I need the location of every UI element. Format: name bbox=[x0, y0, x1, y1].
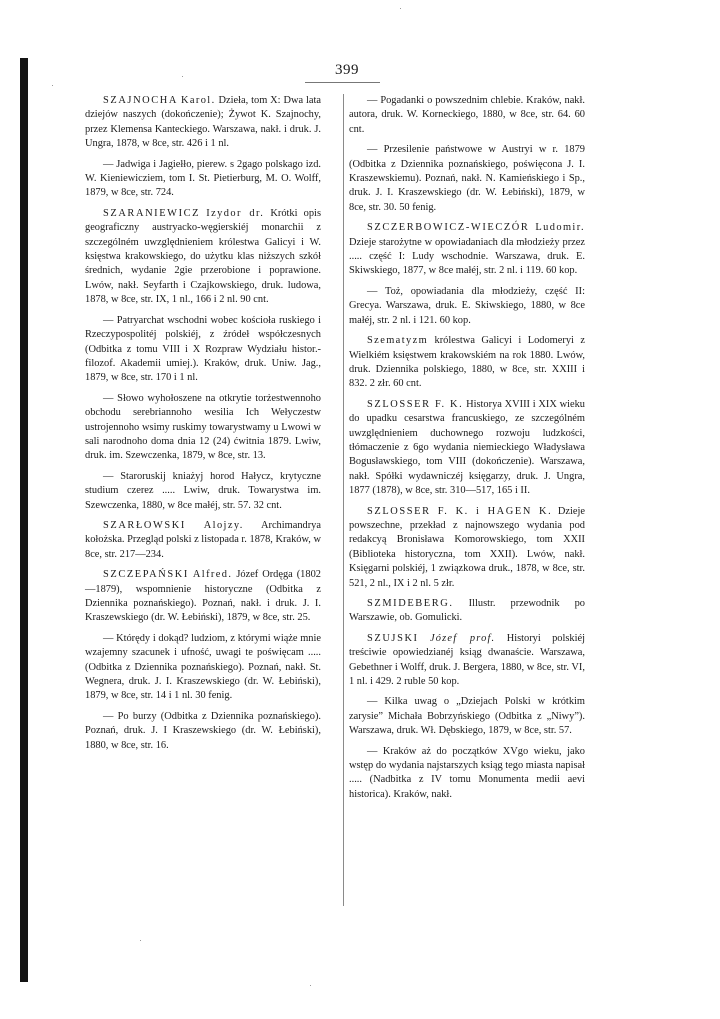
bibliography-entry: SZLOSSER F. K. Historya XVIII i XIX wiek… bbox=[349, 398, 585, 499]
bibliography-entry: SZLOSSER F. K. i HAGEN K. Dzieje powszec… bbox=[349, 505, 585, 591]
entry-author: SZUJSKI bbox=[367, 633, 419, 644]
entry-text: Krótki opis geograficzny austryacko-węgi… bbox=[85, 208, 321, 305]
entry-author: SZARANIEWICZ bbox=[103, 208, 200, 219]
bibliography-entry: — Patryarchat wschodni wobec kościoła ru… bbox=[85, 314, 321, 386]
left-column: SZAJNOCHA Karol. Dzieła, tom X: Dwa lata… bbox=[85, 94, 321, 759]
entry-given-name: Alojzy. bbox=[204, 520, 244, 531]
entry-given-name: Alfred. bbox=[193, 569, 233, 580]
header-rule bbox=[305, 82, 380, 83]
bibliography-entry: — Słowo wyhołoszene na otkrytie torżestw… bbox=[85, 392, 321, 464]
binding-edge bbox=[20, 58, 28, 982]
entry-text: — Toż, opowiadania dla młodzieży, część … bbox=[349, 286, 585, 326]
bibliography-entry: SZARŁOWSKI Alojzy. Archimandrya kołożska… bbox=[85, 519, 321, 562]
bibliography-entry: — Toż, opowiadania dla młodzieży, część … bbox=[349, 285, 585, 328]
entry-text: — Przesilenie państwowe w Austryi w r. 1… bbox=[349, 144, 585, 213]
entry-author: SZARŁOWSKI bbox=[103, 520, 186, 531]
entry-given-name: Józef prof. bbox=[430, 633, 495, 644]
entry-text: — Po burzy (Odbitka z Dziennika poznańsk… bbox=[85, 711, 321, 751]
entry-text: — Pogadanki o powszednim chlebie. Kraków… bbox=[349, 95, 585, 135]
bibliography-entry: — Staroruskij kniażyj horod Hałycz, kryt… bbox=[85, 470, 321, 513]
right-column: — Pogadanki o powszednim chlebie. Kraków… bbox=[349, 94, 585, 808]
column-divider bbox=[343, 94, 344, 906]
entry-text: — Staroruskij kniażyj horod Hałycz, kryt… bbox=[85, 471, 321, 511]
entry-text: — Jadwiga i Jagiełło, pierew. s 2gago po… bbox=[85, 159, 321, 199]
entry-given-name: Karol. bbox=[181, 95, 216, 106]
entry-text: — Słowo wyhołoszene na otkrytie torżestw… bbox=[85, 393, 321, 462]
bibliography-entry: SZAJNOCHA Karol. Dzieła, tom X: Dwa lata… bbox=[85, 94, 321, 152]
entry-author: SZCZERBOWICZ-WIECZÓR bbox=[367, 222, 529, 233]
bibliography-entry: SZCZERBOWICZ-WIECZÓR Ludomir. Dzieje sta… bbox=[349, 221, 585, 279]
bibliography-entry: SZUJSKI Józef prof. Historyi polskiéj tr… bbox=[349, 632, 585, 690]
entry-given-name: Ludomir. bbox=[535, 222, 585, 233]
bibliography-entry: — Kraków aż do początków XVgo wieku, jak… bbox=[349, 745, 585, 803]
scan-speck bbox=[140, 940, 141, 941]
bibliography-entry: Szematyzm królestwa Galicyi i Lodomeryi … bbox=[349, 334, 585, 392]
entry-author: SZMIDEBERG. bbox=[367, 598, 454, 609]
bibliography-entry: — Po burzy (Odbitka z Dziennika poznańsk… bbox=[85, 710, 321, 753]
entry-author: SZCZEPAŃSKI bbox=[103, 569, 189, 580]
entry-text: — Patryarchat wschodni wobec kościoła ru… bbox=[85, 315, 321, 384]
entry-given-name: Izydor dr. bbox=[206, 208, 264, 219]
bibliography-entry: SZCZEPAŃSKI Alfred. Józef Ordęga (1802—1… bbox=[85, 568, 321, 626]
bibliography-entry: — Kilka uwag o „Dziejach Polski w krótki… bbox=[349, 695, 585, 738]
scan-speck bbox=[310, 985, 311, 986]
bibliography-entry: SZARANIEWICZ Izydor dr. Krótki opis geog… bbox=[85, 207, 321, 308]
scan-speck bbox=[400, 8, 401, 9]
entry-author: SZLOSSER F. K. bbox=[367, 399, 463, 410]
entry-author: Szematyzm bbox=[367, 335, 428, 346]
entry-author: SZLOSSER F. K. i HAGEN K. bbox=[367, 506, 552, 517]
entry-text: Dzieje starożytne w opowiadaniach dla mł… bbox=[349, 237, 585, 277]
entry-text: Historya XVIII i XIX wieku do upadku ces… bbox=[349, 399, 585, 496]
entry-author: SZAJNOCHA bbox=[103, 95, 178, 106]
bibliography-entry: — Pogadanki o powszednim chlebie. Kraków… bbox=[349, 94, 585, 137]
entry-text: — Którędy i dokąd? ludziom, z którymi wi… bbox=[85, 633, 321, 702]
bibliography-entry: — Przesilenie państwowe w Austryi w r. 1… bbox=[349, 143, 585, 215]
bibliography-entry: SZMIDEBERG. Illustr. przewodnik po Warsz… bbox=[349, 597, 585, 626]
page-number: 399 bbox=[335, 62, 359, 79]
entry-text: — Kilka uwag o „Dziejach Polski w krótki… bbox=[349, 696, 585, 736]
scan-speck bbox=[52, 85, 53, 86]
entry-text: Dzieje powszechne, przekład z najnowszeg… bbox=[349, 506, 585, 589]
bibliography-entry: — Jadwiga i Jagiełło, pierew. s 2gago po… bbox=[85, 158, 321, 201]
scan-speck bbox=[182, 76, 183, 77]
bibliography-entry: — Którędy i dokąd? ludziom, z którymi wi… bbox=[85, 632, 321, 704]
entry-text: — Kraków aż do początków XVgo wieku, jak… bbox=[349, 746, 585, 800]
